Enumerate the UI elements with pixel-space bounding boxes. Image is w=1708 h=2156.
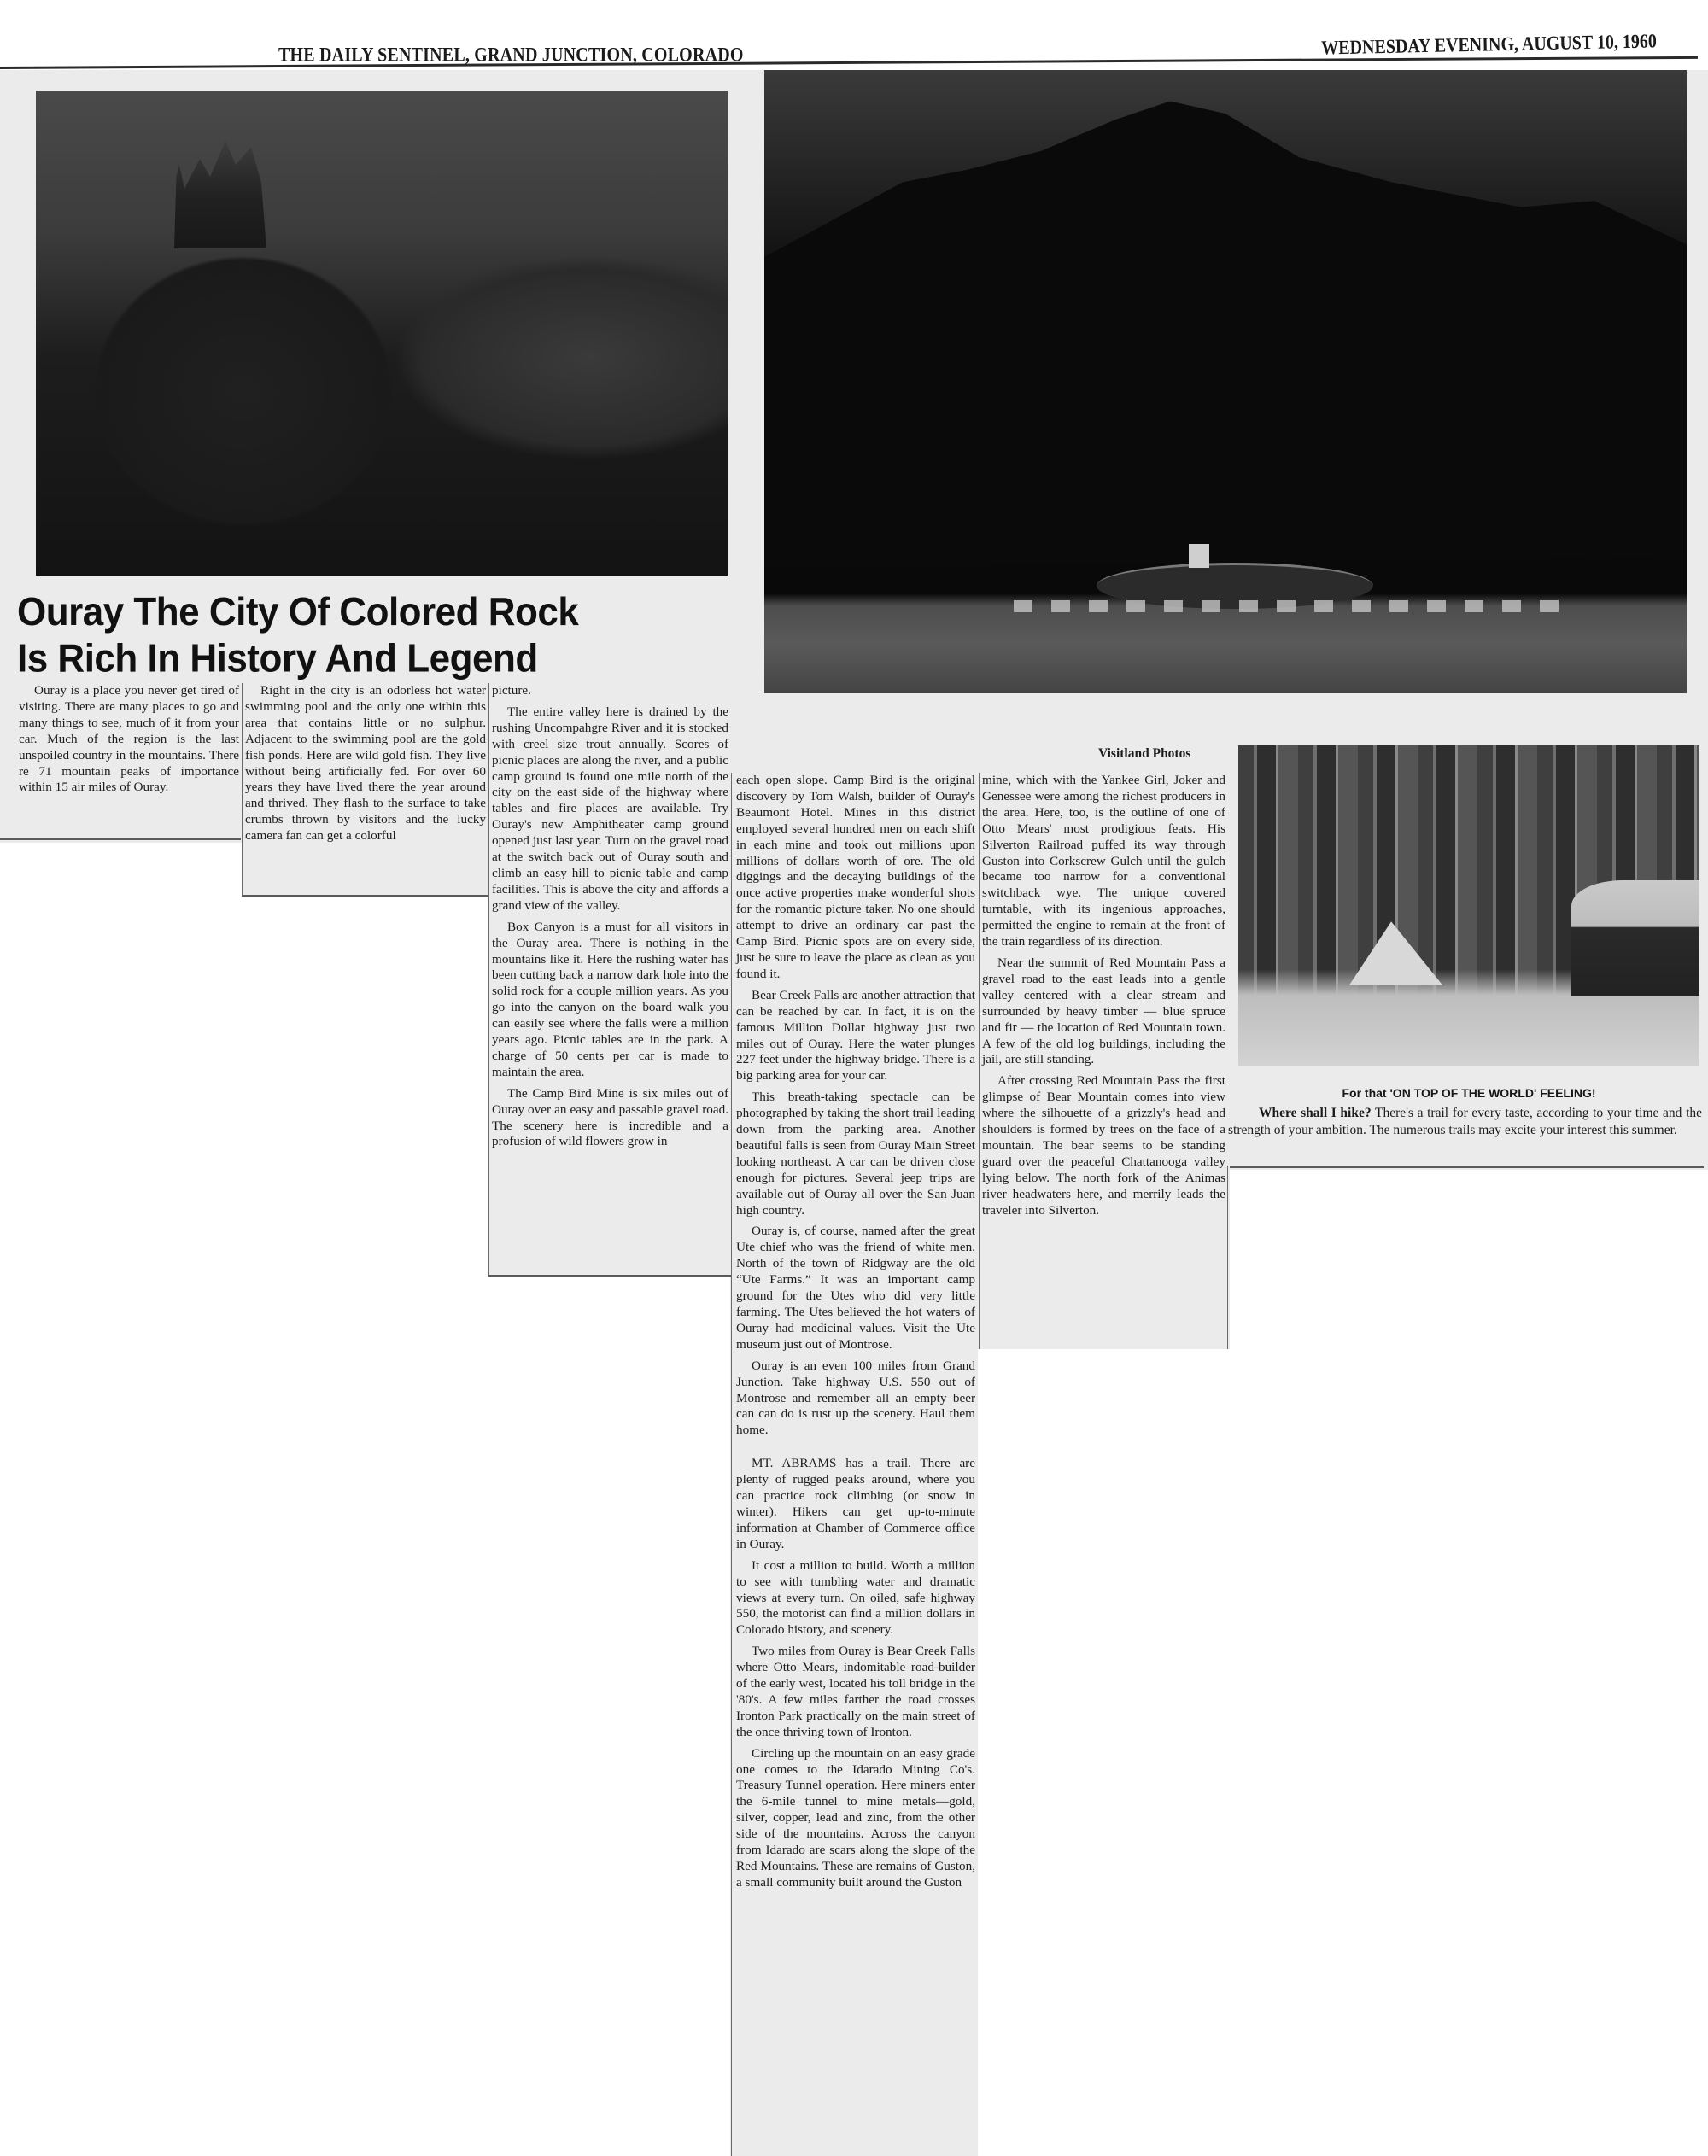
photo-caption-title: For that 'ON TOP OF THE WORLD' FEELING! xyxy=(1230,1086,1708,1100)
building-icon xyxy=(1189,544,1209,568)
column-rule xyxy=(731,773,732,2156)
paragraph: Near the summit of Red Mountain Pass a g… xyxy=(982,955,1225,1068)
caption-lead: Where shall I hike? xyxy=(1259,1106,1372,1120)
paper-region-col2 xyxy=(243,841,491,897)
paragraph: Right in the city is an odorless hot wat… xyxy=(245,683,486,844)
article-headline: Ouray The City Of Colored Rock Is Rich I… xyxy=(17,589,734,682)
paragraph: After crossing Red Mountain Pass the fir… xyxy=(982,1073,1225,1218)
article-column-5: mine, which with the Yankee Girl, Joker … xyxy=(982,773,1225,1218)
paragraph: Two miles from Ouray is Bear Creek Falls… xyxy=(736,1644,975,1740)
paragraph: MT. ABRAMS has a trail. There are plenty… xyxy=(736,1456,975,1552)
photo-forest-campsite-icon xyxy=(1238,745,1699,1066)
paragraph: Ouray is, of course, named after the gre… xyxy=(736,1224,975,1353)
masthead-rule xyxy=(0,56,1698,69)
paragraph: Circling up the mountain on an easy grad… xyxy=(736,1746,975,1891)
trailer-icon xyxy=(1571,880,1699,996)
paragraph: Box Canyon is a must for all visitors in… xyxy=(492,920,728,1081)
photo-credit: Visitland Photos xyxy=(1098,746,1190,762)
photo-caption-body: Where shall I hike? There's a trail for … xyxy=(1228,1105,1702,1138)
paragraph: Ouray is an even 100 miles from Grand Ju… xyxy=(736,1358,975,1440)
parked-cars-icon xyxy=(1014,600,1567,613)
paragraph: picture. xyxy=(492,683,728,699)
paragraph: This breath-taking spectacle can be phot… xyxy=(736,1090,975,1218)
column-end-rule xyxy=(242,895,488,897)
paragraph: each open slope. Camp Bird is the origin… xyxy=(736,773,975,983)
photo-mountain-over-park-icon xyxy=(764,70,1687,693)
article-column-4: each open slope. Camp Bird is the origin… xyxy=(736,773,975,1891)
column-rule xyxy=(1227,1166,1228,1349)
paragraph: Bear Creek Falls are another attraction … xyxy=(736,988,975,1084)
column-end-rule xyxy=(0,838,241,840)
caption-end-rule xyxy=(1230,1166,1704,1168)
paragraph: Ouray is a place you never get tired of … xyxy=(19,683,239,796)
paragraph: mine, which with the Yankee Girl, Joker … xyxy=(982,773,1225,950)
paragraph: It cost a million to build. Worth a mill… xyxy=(736,1558,975,1639)
headline-line-1: Ouray The City Of Colored Rock xyxy=(17,589,734,636)
climbers-silhouette-icon xyxy=(164,129,266,248)
column-rule xyxy=(242,683,243,897)
column-end-rule xyxy=(488,1275,731,1277)
photo-mountaineers-on-rock-icon xyxy=(36,91,728,576)
article-column-1: Ouray is a place you never get tired of … xyxy=(19,683,239,796)
newspaper-page: THE DAILY SENTINEL, GRAND JUNCTION, COLO… xyxy=(0,0,1708,2156)
issue-date: WEDNESDAY EVENING, AUGUST 10, 1960 xyxy=(1321,31,1657,61)
column-rule xyxy=(488,683,489,1277)
paragraph: The entire valley here is drained by the… xyxy=(492,704,728,914)
tent-icon xyxy=(1349,921,1443,985)
column-rule xyxy=(979,773,980,1349)
headline-line-2: Is Rich In History And Legend xyxy=(17,636,734,683)
article-column-3: picture. The entire valley here is drain… xyxy=(492,683,728,1150)
paragraph: The Camp Bird Mine is six miles out of O… xyxy=(492,1086,728,1151)
article-column-2: Right in the city is an odorless hot wat… xyxy=(245,683,486,844)
